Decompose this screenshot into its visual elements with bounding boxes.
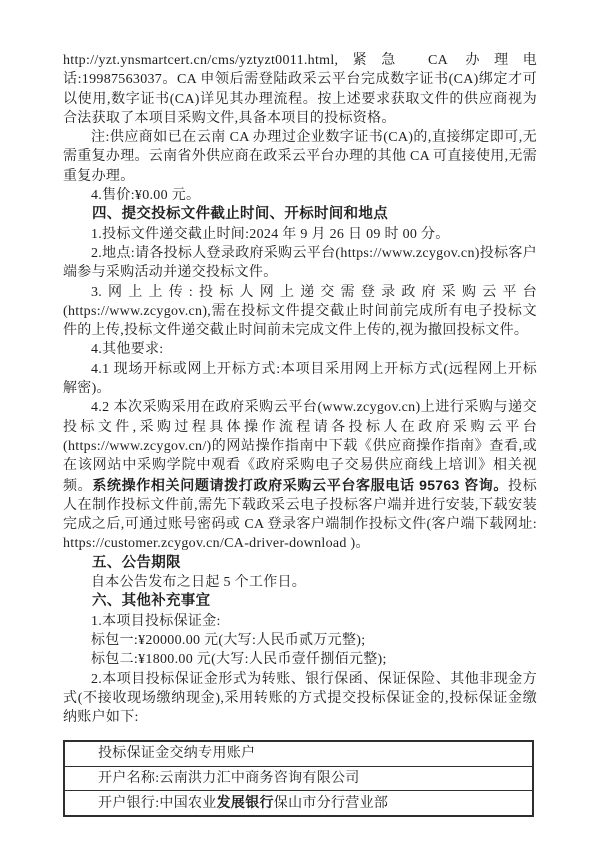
bank-text-prefix: 开户银行:中国农业 bbox=[98, 796, 217, 811]
section4-item1-deadline: 1.投标文件递交截止时间:2024 年 9 月 26 日 09 时 00 分。 bbox=[63, 225, 537, 244]
item4-2-hotline-bold: 系统操作相关问题请拨打政府采购云平台客服电话 95763 咨询。 bbox=[92, 477, 508, 493]
section4-item4-other: 4.其他要求: bbox=[63, 340, 537, 359]
table-row-account-name: 开户名称:云南洪力汇中商务咨询有限公司 bbox=[64, 766, 533, 790]
paragraph-ca-note: 注:供应商如已在云南 CA 办理过企业数字证书(CA)的,直接绑定即可,无需重复… bbox=[63, 128, 537, 186]
document-page: http://yzt.ynsmartcert.cn/cms/yztyzt0011… bbox=[0, 0, 600, 849]
section4-heading: 四、提交投标文件截止时间、开标时间和地点 bbox=[63, 205, 537, 224]
section5-body: 自本公告发布之日起 5 个工作日。 bbox=[63, 573, 537, 592]
section6-heading: 六、其他补充事宜 bbox=[63, 592, 537, 611]
section5-heading: 五、公告期限 bbox=[63, 554, 537, 573]
section4-item4-1-openmode: 4.1 现场开标或网上开标方式:本项目采用网上开标方式(远程网上开标解密)。 bbox=[63, 360, 537, 399]
section6-package2-amount: 标包二:¥1800.00 元(大写:人民币壹仟捌佰元整); bbox=[63, 650, 537, 669]
section6-item2-payment-forms: 2.本项目投标保证金形式为转账、银行保函、保证保险、其他非现金方式(不接收现场缴… bbox=[63, 670, 537, 728]
section6-package1-amount: 标包一:¥20000.00 元(大写:人民币贰万元整); bbox=[63, 631, 537, 650]
table-row-header: 投标保证金交纳专用账户 bbox=[64, 741, 533, 766]
section6-item1-deposit: 1.本项目投标保证金: bbox=[63, 612, 537, 631]
document-body: http://yzt.ynsmartcert.cn/cms/yztyzt0011… bbox=[63, 51, 537, 817]
paragraph-price: 4.售价:¥0.00 元。 bbox=[63, 186, 537, 205]
section4-item2-location: 2.地点:请各投标人登录政府采购云平台(https://www.zcygov.c… bbox=[63, 244, 537, 283]
deposit-account-table: 投标保证金交纳专用账户 开户名称:云南洪力汇中商务咨询有限公司 开户银行:中国农… bbox=[63, 740, 534, 817]
section4-item4-2-procedure: 4.2 本次采购采用在政府采购云平台(www.zcygov.cn)上进行采购与递… bbox=[63, 398, 537, 553]
section4-item3-upload: 3.网上上传:投标人网上递交需登录政府采购云平台(https://www.zcy… bbox=[63, 283, 537, 341]
bank-text-bold: 发展银行 bbox=[217, 794, 274, 810]
deposit-account-name: 开户名称:云南洪力汇中商务咨询有限公司 bbox=[64, 766, 533, 790]
deposit-table-title: 投标保证金交纳专用账户 bbox=[64, 741, 533, 766]
table-row-bank: 开户银行:中国农业发展银行保山市分行营业部 bbox=[64, 790, 533, 816]
deposit-bank: 开户银行:中国农业发展银行保山市分行营业部 bbox=[64, 790, 533, 816]
paragraph-ca-continuation: http://yzt.ynsmartcert.cn/cms/yztyzt0011… bbox=[63, 51, 537, 128]
bank-text-suffix: 保山市分行营业部 bbox=[274, 796, 388, 811]
